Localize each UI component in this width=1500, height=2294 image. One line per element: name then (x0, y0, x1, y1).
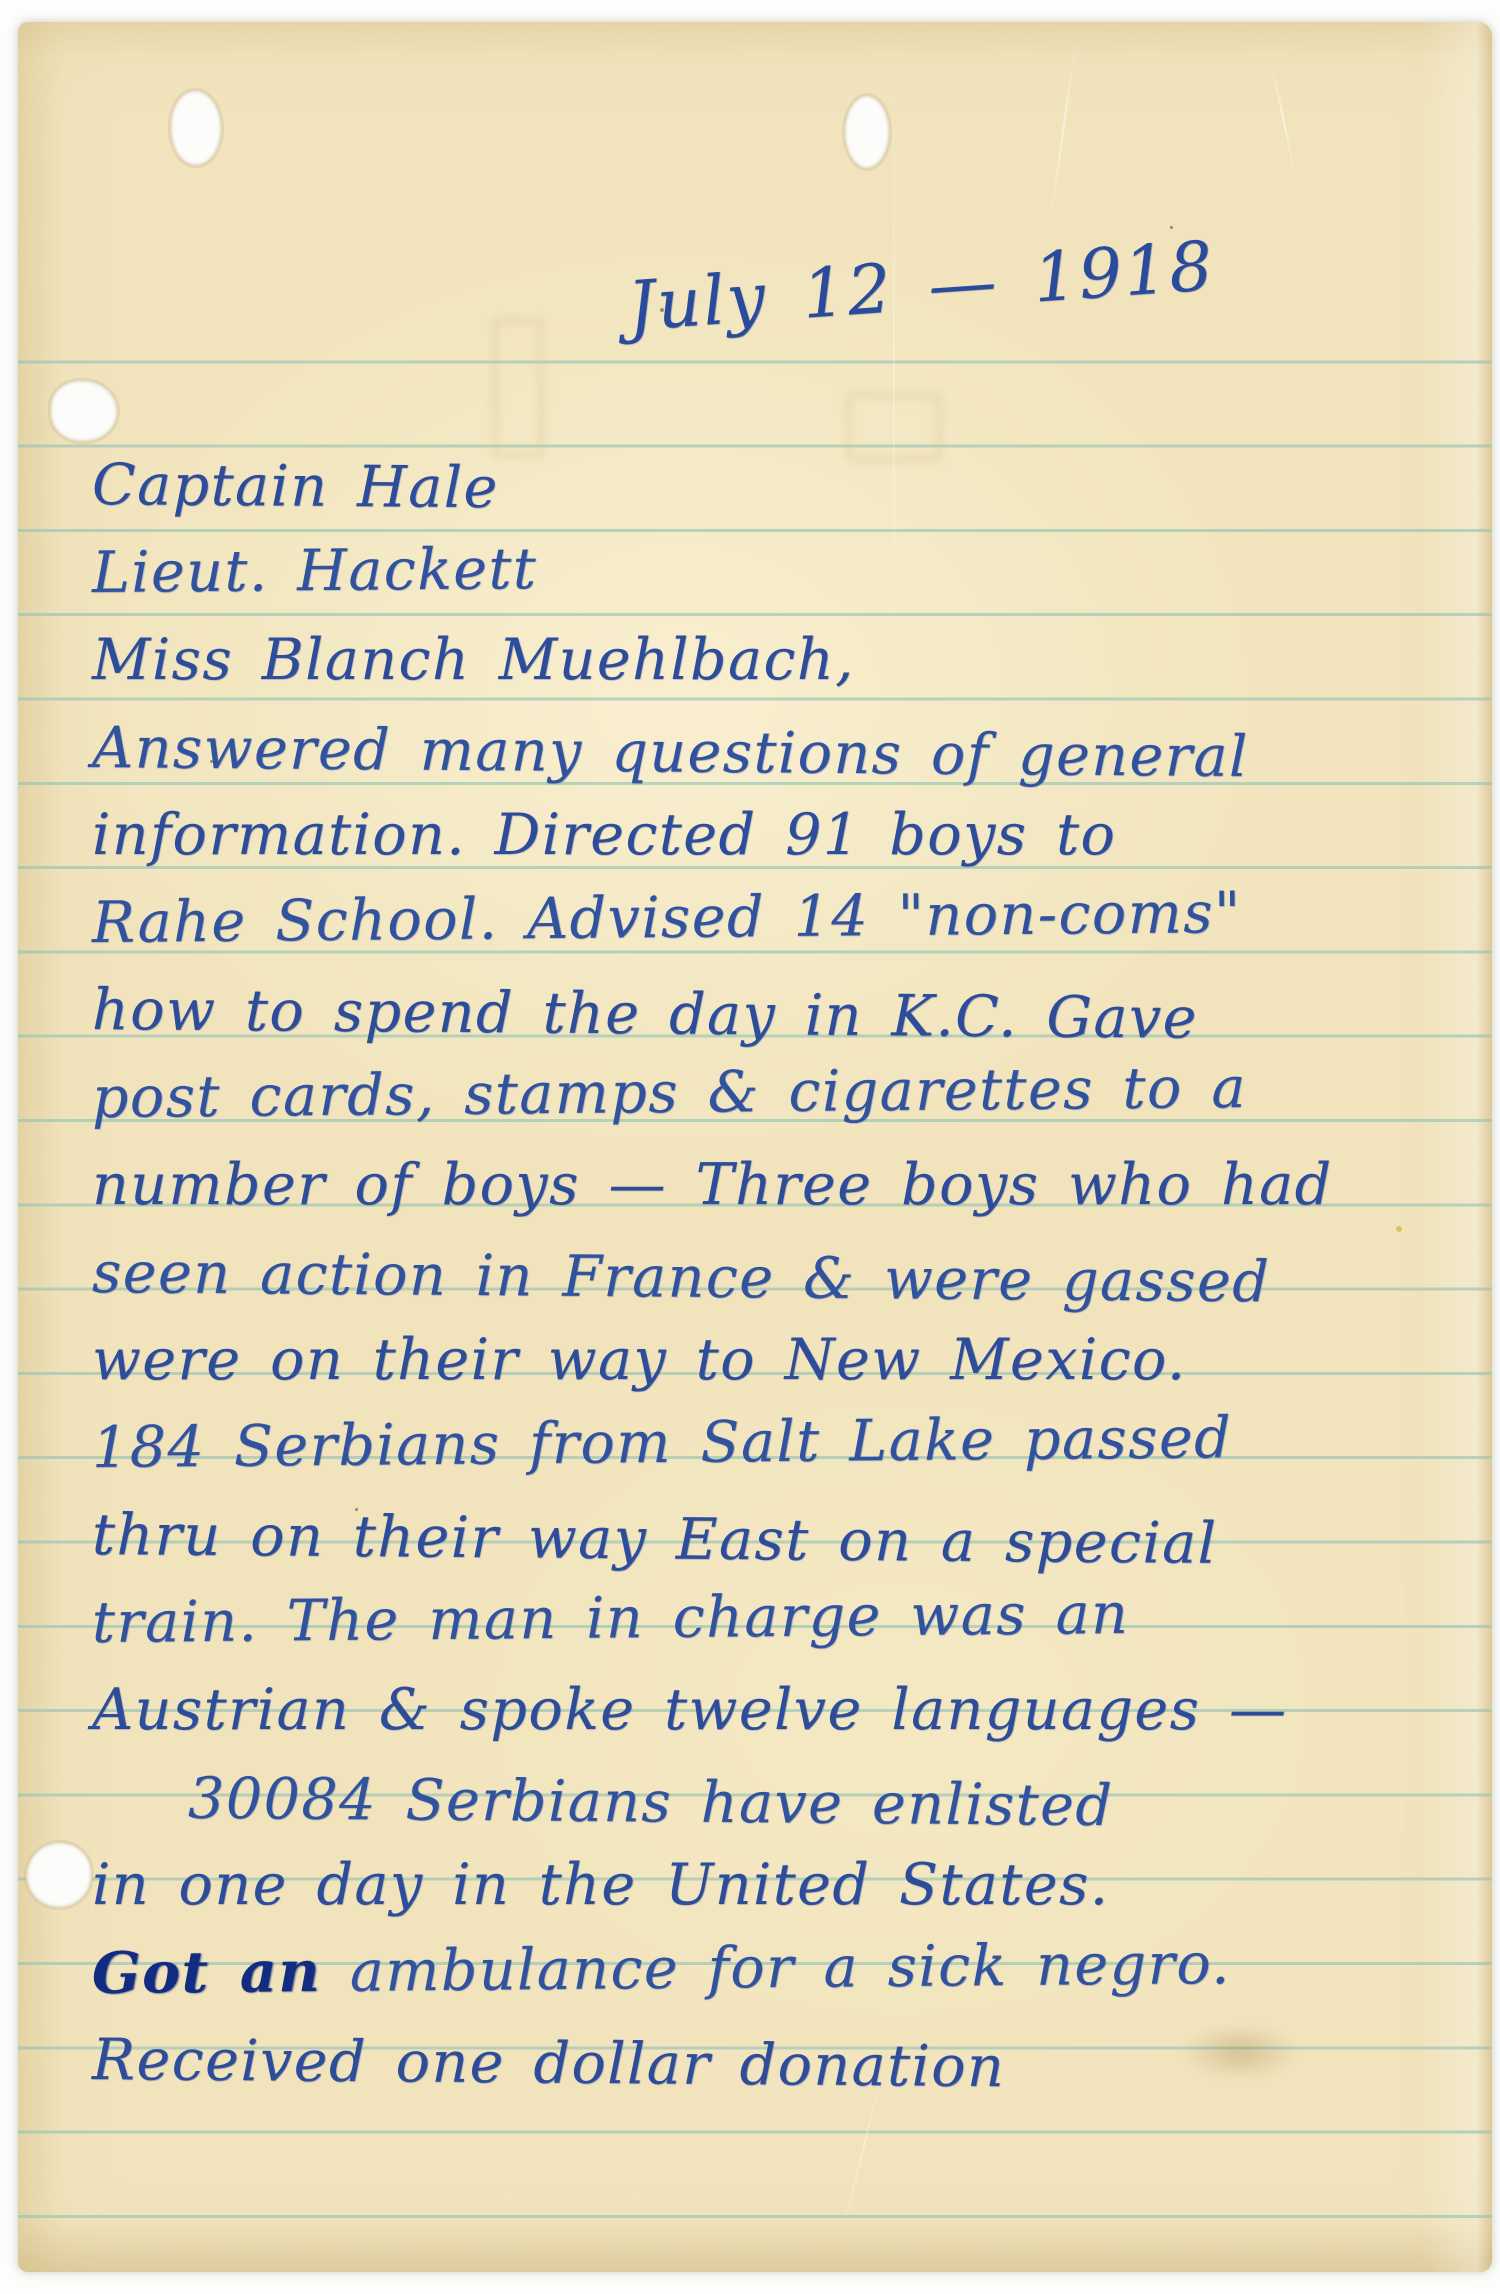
hole-punch-left-upper (50, 380, 118, 442)
handwritten-line: 184 Serbians from Salt Lake passed (92, 1404, 1333, 1502)
handwritten-line: post cards, stamps & cigarettes to a (92, 1054, 1333, 1152)
handwritten-line: Miss Blanch Muehlbach, (92, 627, 1333, 715)
handwritten-line: Lieut. Hackett (92, 529, 1333, 627)
handwritten-line: were on their way to New Mexico. (92, 1327, 1333, 1415)
handwritten-line: number of boys — Three boys who had (92, 1152, 1333, 1240)
handwritten-line: train. The man in charge was an (92, 1579, 1333, 1677)
handwritten-line-rest: ambulance for a sick negro. (321, 1931, 1231, 2005)
scan-background: July 12 — 1918 Captain Hale Lieut. Hacke… (0, 0, 1500, 2294)
hole-punch-top-left (170, 90, 222, 166)
emphasized-ink: Got an (92, 1938, 322, 2007)
handwritten-line: seen action in France & were gassed (92, 1240, 1333, 1337)
hole-punch-left-lower (26, 1842, 92, 1908)
handwritten-line: Austrian & spoke twelve languages — (92, 1677, 1333, 1765)
handwritten-line: Got an ambulance for a sick negro. (92, 1929, 1333, 2027)
hole-punch-top-right (844, 95, 890, 169)
handwritten-line: 30084 Serbians have enlisted (92, 1765, 1333, 1862)
handwriting-block: Captain Hale Lieut. Hackett Miss Blanch … (92, 452, 1333, 2115)
handwritten-line: in one day in the United States. (92, 1852, 1333, 1940)
handwritten-line: information. Directed 91 boys to (92, 802, 1333, 890)
handwritten-line: Answered many questions of general (92, 715, 1333, 812)
handwritten-line: Rahe School. Advised 14 "non-coms" (92, 879, 1333, 977)
handwritten-line: Received one dollar donation (92, 2027, 1333, 2124)
